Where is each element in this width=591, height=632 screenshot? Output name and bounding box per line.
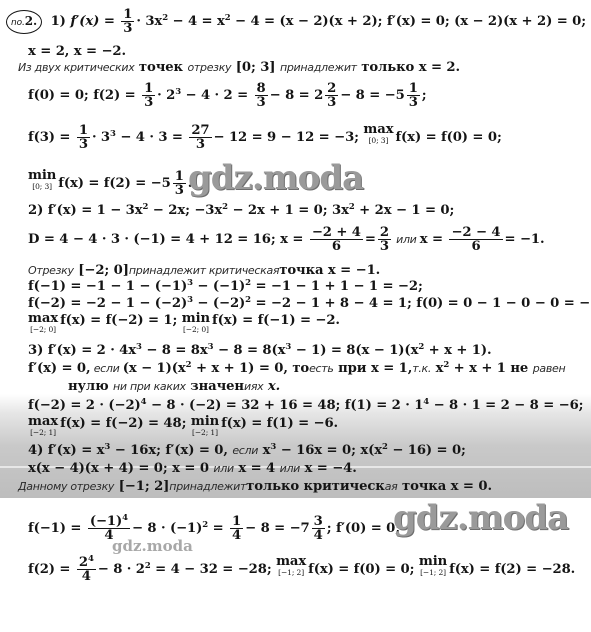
problem-number-badge: 1)no.2. — [6, 10, 42, 34]
part2-line6: max[−2; 0]f(x) = f(−2) = 1; min[−2; 0]f(… — [28, 313, 340, 335]
solution-page: 1)no.2. 1) f′(x) = 13· 3x2 − 4 = x2 − 4 … — [0, 0, 591, 632]
part1-line4: f(0) = 0; f(2) = 13· 23 − 4 · 2 = 83− 8 … — [28, 82, 427, 109]
part4-line5: f(2) = 244− 8 · 22 = 4 − 32 = −28; max[−… — [28, 556, 575, 583]
part1-line1: 1)no.2. 1) f′(x) = 13· 3x2 − 4 = x2 − 4 … — [6, 8, 586, 35]
watermark: gdz.moda — [188, 158, 363, 198]
part4-line1: 4) f′(x) = x3 − 16x; f′(x) = 0, если x3 … — [28, 443, 466, 459]
part2-line5: f(−2) = −2 − 1 − (−2)3 − (−2)2 = −2 − 1 … — [28, 296, 591, 312]
part3-line5: max[−2; 1]f(x) = f(−2) = 48; min[−2; 1]f… — [28, 416, 338, 438]
part4-line2: x(x − 4)(x + 4) = 0; x = 0 или x = 4 или… — [28, 461, 357, 477]
part2-line4: f(−1) = −1 − 1 − (−1)3 − (−1)2 = −1 − 1 … — [28, 279, 423, 295]
part3-line4: f(−2) = 2 · (−2)4 − 8 · (−2) = 32 + 16 =… — [28, 398, 583, 414]
part4-line4: f(−1) = (−1)44− 8 · (−1)2 = 14− 8 = −734… — [28, 515, 400, 542]
part1-line5: f(3) = 13· 33 − 4 · 3 = 273− 12 = 9 − 12… — [28, 124, 502, 151]
part1-line6: min[0; 3]f(x) = f(2) = −513. — [28, 170, 192, 197]
watermark: gdz.moda — [393, 498, 568, 538]
part3-line3: нулю ни при каких значениях x. — [68, 379, 280, 395]
part3-line1: 3) f′(x) = 2 · 4x3 − 8 = 8x3 − 8 = 8(x3 … — [28, 343, 492, 359]
part1-line3: Из двух критических точек отрезку [0; 3]… — [18, 60, 460, 76]
part3-line2: f′(x) = 0, если (x − 1)(x2 + x + 1) = 0,… — [28, 361, 565, 377]
part1-line2: x = 2, x = −2. — [28, 44, 126, 60]
part2-line1: 2) f′(x) = 1 − 3x2 − 2x; −3x2 − 2x + 1 =… — [28, 203, 454, 219]
watermark: gdz.moda — [112, 537, 193, 555]
part4-line3: Данному отрезку [−1; 2]принадлежиттолько… — [18, 479, 492, 495]
fraction: 13 — [121, 8, 134, 35]
part2-line3: Отрезку [−2; 0]принадлежит критическаято… — [28, 263, 380, 279]
part2-line2: D = 4 − 4 · 3 · (−1) = 4 + 12 = 16; x = … — [28, 226, 544, 253]
